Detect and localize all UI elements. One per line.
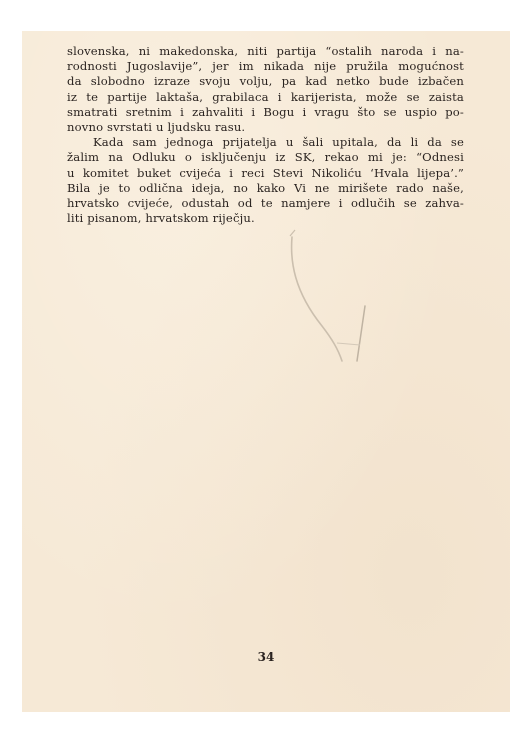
scanned-page: slovenska, ni makedonska, niti partija “… bbox=[22, 31, 510, 712]
text-line: hrvatsko cvijeće, odustah od te namjere … bbox=[67, 196, 464, 211]
text-line: novno svrstati u ljudsku rasu. bbox=[67, 120, 464, 135]
text-line: iz te partije laktaša, grabilaca i karij… bbox=[67, 90, 464, 105]
text-line: rodnosti Jugoslavije”, jer im nikada nij… bbox=[67, 59, 464, 74]
text-line: smatrati sretnim i zahvaliti i Bogu i vr… bbox=[67, 105, 464, 120]
text-line: žalim na Odluku o isključenju iz SK, rek… bbox=[67, 150, 464, 165]
body-text: slovenska, ni makedonska, niti partija “… bbox=[67, 44, 464, 226]
paragraph: Kada sam jednoga prijatelja u šali upita… bbox=[67, 135, 464, 226]
text-line: Kada sam jednoga prijatelja u šali upita… bbox=[67, 135, 464, 150]
page-number: 34 bbox=[22, 650, 510, 664]
text-line: u komitet buket cvijeća i reci Stevi Nik… bbox=[67, 166, 464, 181]
text-line: da slobodno izraze svoju volju, pa kad n… bbox=[67, 74, 464, 89]
text-line: Bila je to odlična ideja, no kako Vi ne … bbox=[67, 181, 464, 196]
text-line: liti pisanom, hrvatskom riječju. bbox=[67, 211, 464, 226]
paragraph: slovenska, ni makedonska, niti partija “… bbox=[67, 44, 464, 135]
text-line: slovenska, ni makedonska, niti partija “… bbox=[67, 44, 464, 59]
